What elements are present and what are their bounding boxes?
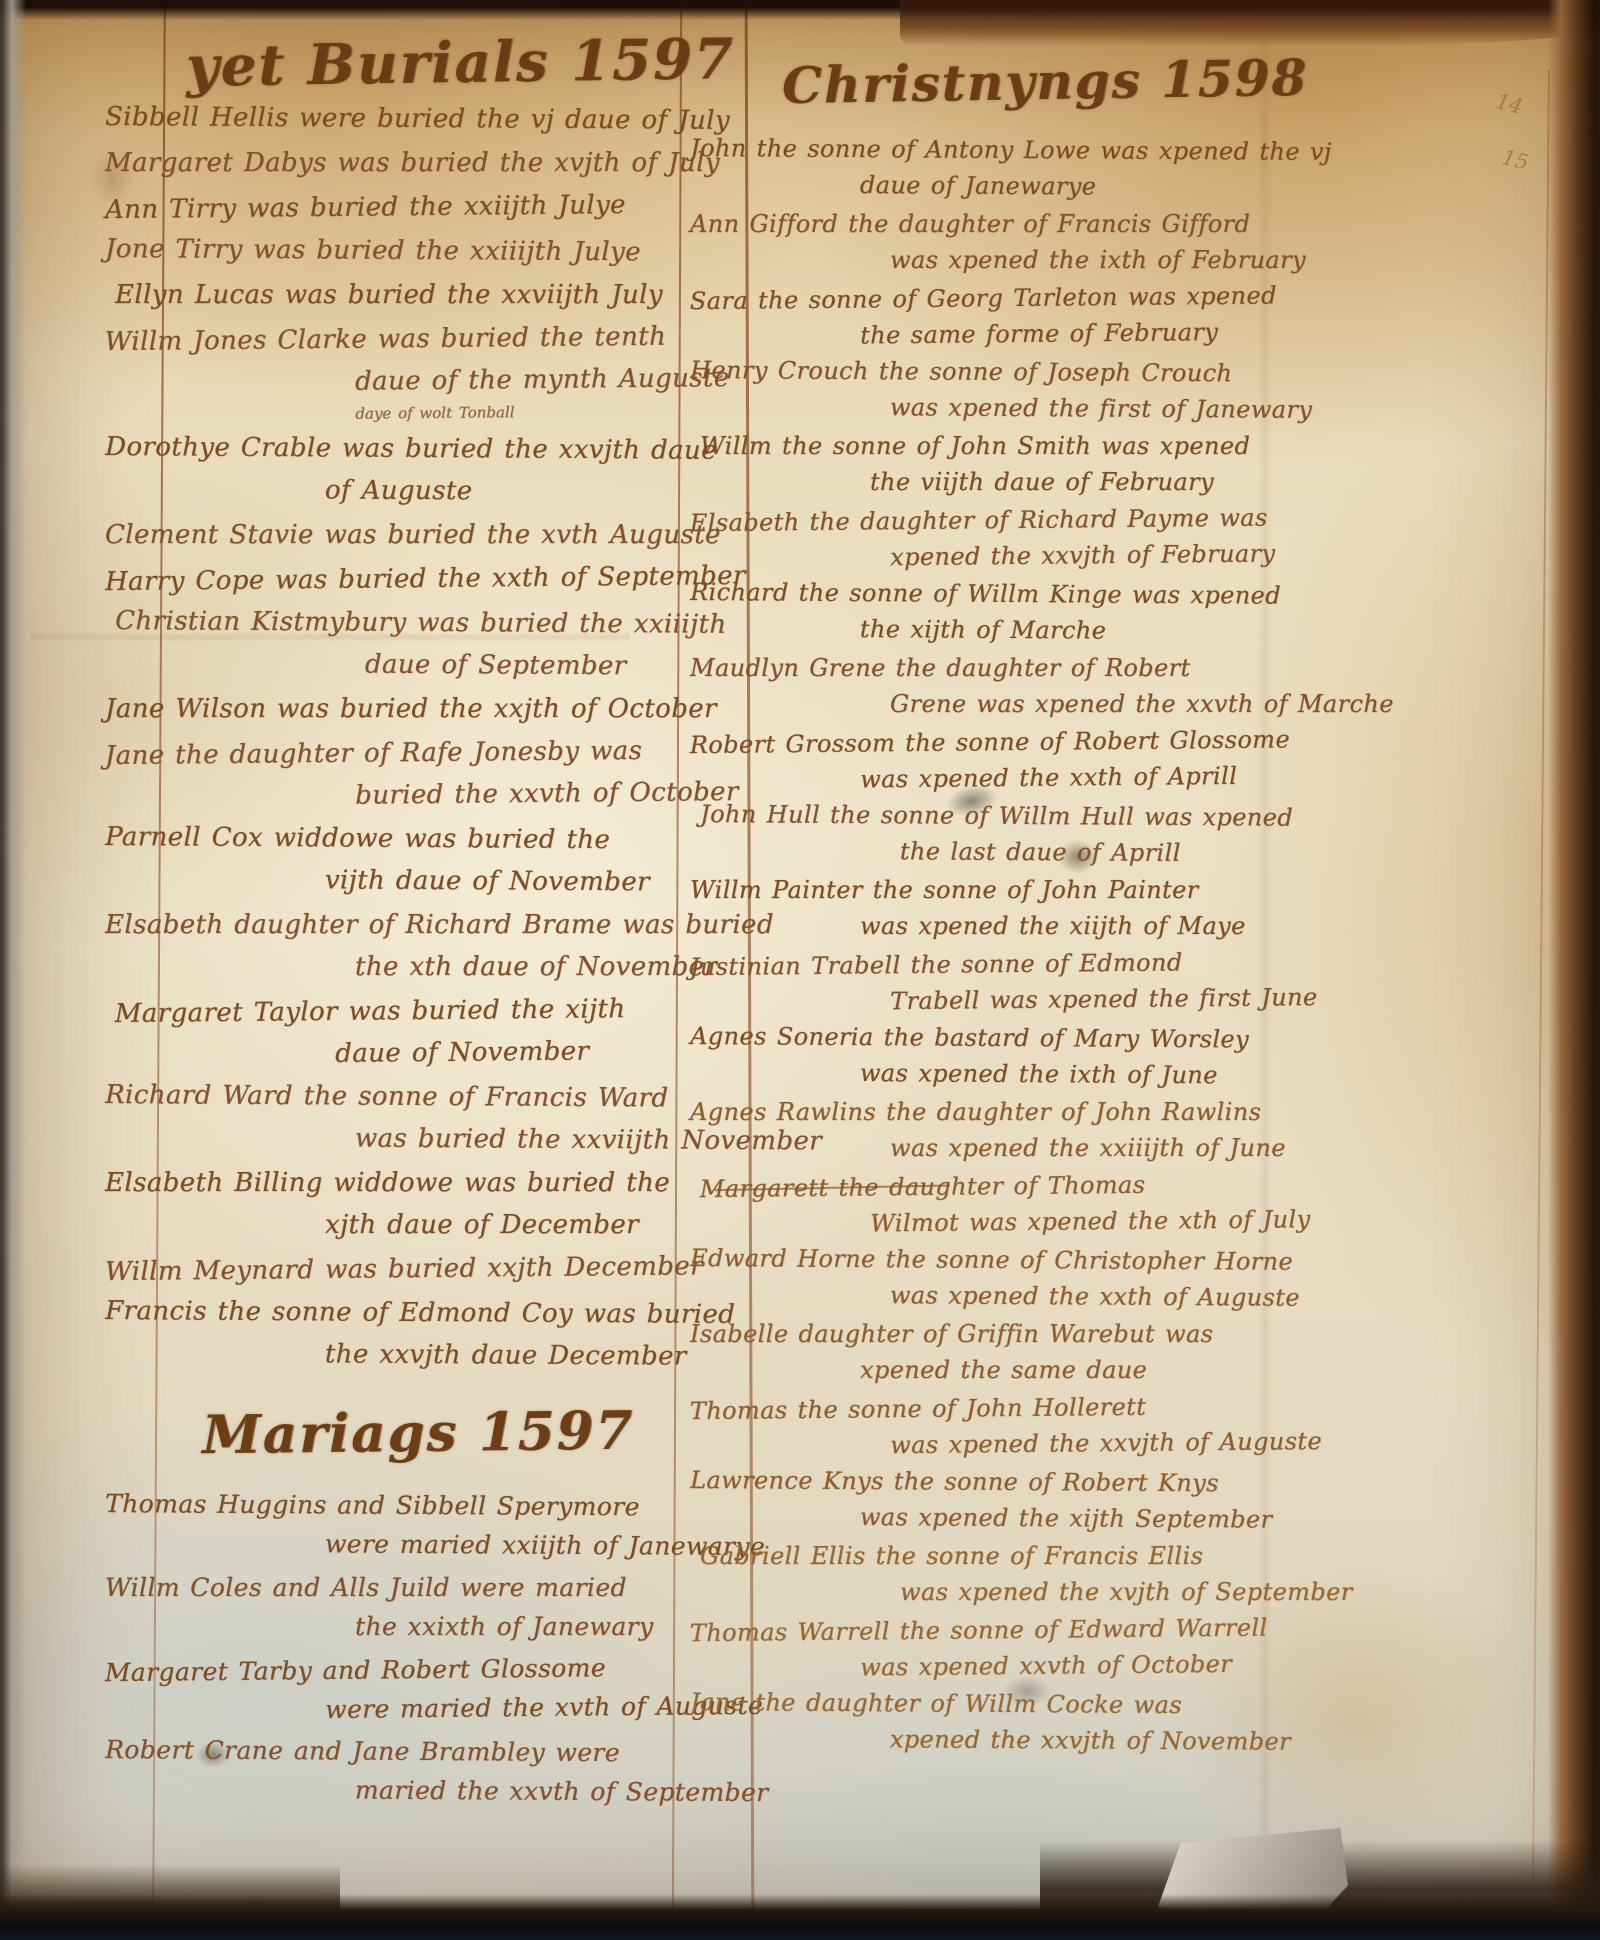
burials-section-heading: yet Burials 1597 <box>186 26 736 100</box>
register-line: buried the xxvth of October <box>355 772 650 817</box>
register-entry: Henry Crouch the sonne of Joseph Crouchw… <box>765 352 1265 427</box>
register-line: John the sonne of Antony Lowe was xpened… <box>765 130 1265 169</box>
register-entry: John the sonne of Antony Lowe was xpened… <box>765 130 1265 205</box>
register-line: xpened the xxvjth of February <box>890 536 1265 576</box>
register-entry: Lawrence Knys the sonne of Robert Knyswa… <box>765 1462 1265 1537</box>
register-entry: Jane Wilson was buried the xxjth of Octo… <box>205 688 650 730</box>
register-line: Willm the sonne of John Smith was xpened <box>775 428 1265 464</box>
register-entry: Robert Grossom the sonne of Robert Gloss… <box>765 722 1266 799</box>
register-line: daue of September <box>365 644 650 688</box>
register-line: Robert Crane and Jane Brambley were <box>205 1731 650 1773</box>
register-entry: Clement Stavie was buried the xvth Augus… <box>205 514 650 556</box>
register-entry: Agnes Soneria the bastard of Mary Worsle… <box>765 1018 1265 1093</box>
register-line: Margaret Taylor was buried the xijth <box>215 988 650 1034</box>
register-line: the viijth daue of February <box>870 464 1265 500</box>
register-entry: Agnes Rawlins the daughter of John Rawli… <box>765 1094 1265 1166</box>
register-entry: Willm Meynard was buried xxjth December <box>205 1246 650 1292</box>
register-line: Willm Painter the sonne of John Painter <box>765 872 1265 908</box>
register-line: Harry Cope was buried the xxth of Septem… <box>205 556 650 602</box>
register-line: Thomas Warrell the sonne of Edward Warre… <box>765 1610 1265 1651</box>
register-line: Francis the sonne of Edmond Coy was buri… <box>205 1291 650 1336</box>
register-entry: Elsabeth daughter of Richard Brame was b… <box>205 904 650 988</box>
register-entry: Elsabeth Billing widdowe was buried thex… <box>205 1162 650 1246</box>
register-line: vijth daue of November <box>325 859 650 903</box>
register-line: the xxixth of Janewary <box>355 1607 650 1646</box>
register-line: Christian Kistmybury was buried the xxii… <box>215 601 650 646</box>
register-entry: Dorothye Crable was buried the xxvjth da… <box>205 427 651 514</box>
register-entry: Jane the daughter of Rafe Jonesby wasbur… <box>205 730 651 818</box>
register-line: Elsabeth the daughter of Richard Payme w… <box>765 500 1265 541</box>
register-line: Henry Crouch the sonne of Joseph Crouch <box>765 352 1265 391</box>
register-entry: Harry Cope was buried the xxth of Septem… <box>205 556 650 602</box>
register-entry: Thomas the sonne of John Hollerettwas xp… <box>765 1388 1266 1465</box>
register-line: were maried xxiijth of Janewarye <box>325 1524 650 1565</box>
register-entry: Jane the daughter of Willm Cocke wasxpen… <box>765 1684 1265 1759</box>
register-line: Robert Grossom the sonne of Robert Gloss… <box>765 722 1265 763</box>
register-entry: Thomas Huggins and Sibbell Sperymorewere… <box>205 1485 650 1566</box>
register-line: was xpened the xxiiijth of June <box>890 1130 1265 1166</box>
register-line: daue of Janewarye <box>860 167 1265 205</box>
register-entry: Margaret Taylor was buried the xijthdaue… <box>215 988 651 1076</box>
register-line: Willm Meynard was buried xxjth December <box>205 1246 650 1292</box>
register-line: the last daue of Aprill <box>900 833 1265 871</box>
register-line: Willm Jones Clarke was buried the tenth <box>204 316 649 362</box>
register-line: Trabell was xpened the first June <box>890 980 1265 1020</box>
register-line: Agnes Soneria the bastard of Mary Worsle… <box>765 1018 1265 1057</box>
register-entry: Margaret Tarby and Robert Glossomewere m… <box>205 1648 651 1730</box>
register-entry: Sibbell Hellis were buried the vj daue o… <box>205 97 650 142</box>
register-entry: Willm the sonne of John Smith was xpened… <box>775 428 1265 500</box>
register-line: was xpened xxvth of October <box>860 1646 1265 1686</box>
register-line: xjth daue of December <box>325 1204 650 1246</box>
register-line: Gabriell Ellis the sonne of Francis Elli… <box>775 1538 1265 1574</box>
register-line: Richard Ward the sonne of Francis Ward <box>205 1075 650 1120</box>
register-line: Margaret Dabys was buried the xvjth of J… <box>205 142 650 184</box>
register-entry: Edward Horne the sonne of Christopher Ho… <box>765 1240 1265 1315</box>
register-entry: John Hull the sonne of Willm Hull was xp… <box>775 797 1265 872</box>
register-entry: Francis the sonne of Edmond Coy was buri… <box>205 1291 651 1378</box>
register-line: the xxvjth daue December <box>325 1333 650 1377</box>
manuscript-photo: yet Burials 1597 Christnyngs 1598 Mariag… <box>0 0 1600 1940</box>
register-line: was xpened the xxth of Aprill <box>860 758 1265 798</box>
register-entry: Willm Coles and Alls Juild were mariedth… <box>205 1568 650 1646</box>
register-line: of Auguste <box>325 469 650 513</box>
register-entry: Willm Painter the sonne of John Painterw… <box>765 872 1265 944</box>
register-entry: Margaret Dabys was buried the xvjth of J… <box>205 142 650 184</box>
register-line: Clement Stavie was buried the xvth Augus… <box>205 514 650 556</box>
register-entry: Elsabeth the daughter of Richard Payme w… <box>765 500 1266 577</box>
register-line: was xpened the xxth of Auguste <box>890 1277 1265 1315</box>
register-line: Isabelle daughter of Griffin Warebut was <box>765 1316 1265 1352</box>
register-entry: Ann Gifford the daughter of Francis Giff… <box>765 206 1265 278</box>
register-line: Grene was xpened the xxvth of Marche <box>890 686 1265 722</box>
register-line: Justinian Trabell the sonne of Edmond <box>765 944 1265 985</box>
register-line: Margarett the daughter of Thomas <box>775 1166 1265 1207</box>
register-entry: Richard Ward the sonne of Francis Wardwa… <box>205 1075 651 1162</box>
register-entry: Isabelle daughter of Griffin Warebut was… <box>765 1316 1265 1388</box>
register-line: were maried the xvth of Auguste <box>325 1687 650 1729</box>
register-line: Richard the sonne of Willm Kinge was xpe… <box>765 574 1265 613</box>
register-line: maried the xxvth of September <box>355 1771 650 1812</box>
register-line: John Hull the sonne of Willm Hull was xp… <box>775 797 1265 836</box>
register-entry: Sara the sonne of Georg Tarleton was xpe… <box>765 278 1266 355</box>
register-line: Ann Gifford the daughter of Francis Giff… <box>765 206 1265 242</box>
register-entry: Christian Kistmybury was buried the xxii… <box>215 601 651 688</box>
register-line: Elsabeth Billing widdowe was buried the <box>205 1162 650 1204</box>
register-line: Jane the daughter of Willm Cocke was <box>765 1684 1265 1723</box>
register-entry: Maudlyn Grene the daughter of RobertGren… <box>765 650 1265 722</box>
marriages-section-heading: Mariags 1597 <box>202 1400 635 1467</box>
register-line: daue of November <box>335 1030 650 1075</box>
register-entry: Thomas Warrell the sonne of Edward Warre… <box>765 1610 1266 1687</box>
register-line: was xpened the xiijth of Maye <box>860 908 1265 944</box>
register-entry: Margarett the daughter of ThomasWilmot w… <box>775 1166 1266 1243</box>
register-line: Dorothye Crable was buried the xxvjth da… <box>205 427 650 472</box>
register-line: Willm Coles and Alls Juild were maried <box>205 1568 650 1607</box>
register-line: Edward Horne the sonne of Christopher Ho… <box>765 1240 1265 1279</box>
marriages-column: Thomas Huggins and Sibbell Sperymorewere… <box>205 1486 650 1814</box>
christenings-column: John the sonne of Antony Lowe was xpened… <box>765 132 1265 1760</box>
register-line: Parnell Cox widdowe was buried the <box>205 817 650 862</box>
register-line: was xpened the xxvjth of Auguste <box>890 1424 1265 1464</box>
register-line: Thomas Huggins and Sibbell Sperymore <box>205 1485 650 1527</box>
register-line: was xpened the xvjth of September <box>900 1574 1265 1610</box>
register-entry: Ann Tirry was buried the xxiijth Julye <box>205 184 650 230</box>
register-line: Maudlyn Grene the daughter of Robert <box>765 650 1265 686</box>
register-line: Jone Tirry was buried the xxiiijth Julye <box>205 229 650 274</box>
register-line: was xpened the xijth September <box>860 1499 1265 1537</box>
register-line: Sara the sonne of Georg Tarleton was xpe… <box>765 278 1265 319</box>
register-line: Elsabeth daughter of Richard Brame was b… <box>205 904 650 946</box>
register-line: Jane the daughter of Rafe Jonesby was <box>205 730 650 776</box>
register-entry: Ellyn Lucas was buried the xxviijth July <box>215 274 650 316</box>
burials-column: Sibbell Hellis were buried the vj daue o… <box>205 98 650 1378</box>
register-entry: Parnell Cox widdowe was buried thevijth … <box>205 817 651 904</box>
register-line: Sibbell Hellis were buried the vj daue o… <box>205 97 650 142</box>
register-line: was xpened the first of Janewary <box>890 389 1265 427</box>
register-entry: Richard the sonne of Willm Kinge was xpe… <box>765 574 1265 649</box>
register-line: Lawrence Knys the sonne of Robert Knys <box>765 1462 1265 1501</box>
register-entry: Jone Tirry was buried the xxiiijth Julye <box>205 229 650 274</box>
register-entry: Robert Crane and Jane Brambley weremarie… <box>205 1731 650 1812</box>
register-line: Wilmot was xpened the xth of July <box>870 1202 1265 1242</box>
register-entry: Justinian Trabell the sonne of EdmondTra… <box>765 944 1266 1021</box>
register-entry: Willm Jones Clarke was buried the tenthd… <box>204 316 650 436</box>
register-line: xpened the xxvjth of November <box>890 1721 1265 1759</box>
register-line: Agnes Rawlins the daughter of John Rawli… <box>765 1094 1265 1130</box>
register-line: was buried the xxviijth November <box>355 1118 650 1162</box>
register-line: Margaret Tarby and Robert Glossome <box>205 1648 650 1691</box>
register-line: the xijth of Marche <box>860 611 1265 649</box>
register-line: Ann Tirry was buried the xxiijth Julye <box>205 184 650 230</box>
register-line: was xpened the ixth of February <box>890 242 1265 278</box>
register-line: Thomas the sonne of John Hollerett <box>765 1388 1265 1429</box>
register-line: the xth daue of November <box>355 946 650 988</box>
register-entry: Gabriell Ellis the sonne of Francis Elli… <box>775 1538 1265 1610</box>
register-line: the same forme of February <box>860 314 1265 354</box>
register-line: Ellyn Lucas was buried the xxviijth July <box>215 274 650 316</box>
register-line: xpened the same daue <box>860 1352 1265 1388</box>
register-line: was xpened the ixth of June <box>860 1055 1265 1093</box>
register-line: Jane Wilson was buried the xxjth of Octo… <box>205 688 650 730</box>
christenings-section-heading: Christnyngs 1598 <box>782 48 1309 115</box>
